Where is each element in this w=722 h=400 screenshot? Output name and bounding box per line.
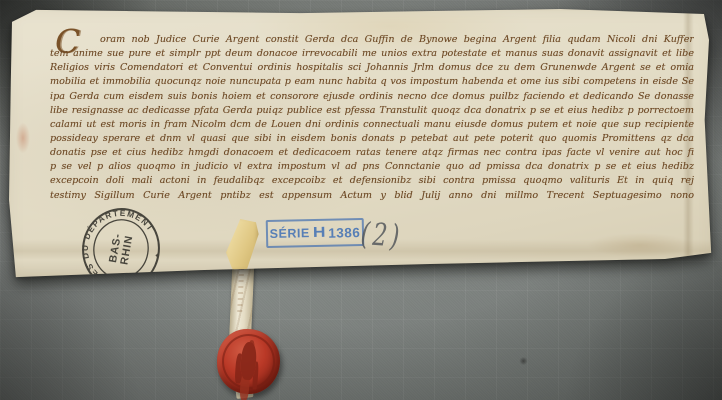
manuscript-text: oram nob Judice Curie Argent constit Ger… [50,33,694,203]
manuscript-line: possideay sperare et dnm vl quasi que si… [50,132,694,146]
seal-tag-top [226,219,260,273]
manuscript-line: donatis pse et cius hedibz hmgdi donacoe… [50,146,694,160]
manuscript-line: mobilia et immobilia quocunqz noie nuncu… [50,75,694,89]
wax-seal [217,329,280,394]
series-stamp-letter: H [313,225,326,241]
manuscript-line: testimy Sigillum Curie Argent pntibz est… [50,189,694,203]
background-speck [519,357,528,365]
archive-oval-stamp: ARCHIVES DU DÉPARTEMENT ✦ BAS- RHIN [71,199,171,299]
manuscript-line: libe resignasse ac dedicasse pfata Gerda… [50,104,694,118]
manuscript-line: p se vel p alios quoqmo in judicio vl ex… [50,160,694,174]
charter-wrap: C oram nob Judice Curie Argent constit G… [0,0,722,292]
manuscript-line: oram nob Judice Curie Argent constit Ger… [50,33,694,47]
manuscript-line: Religios viris Comendatori et Conventui … [50,61,694,75]
parchment-charter: C oram nob Judice Curie Argent constit G… [0,0,722,292]
series-stamp-number: 1386 [328,225,360,241]
pencil-annotation: (2) [358,217,403,276]
manuscript-line: ipa Gerda cum eisdem suis bonis hoiem et… [50,90,694,104]
series-stamp-prefix: SÉRIE [270,226,310,241]
series-stamp: SÉRIE H 1386 [266,218,365,248]
manuscript-line: calami ut est moris in fram Nicolm dcm d… [50,118,694,132]
manuscript-line: tem anime sue pure et simplr ppt deum do… [50,47,694,61]
stamp-ornament-icon: ✦ [154,252,162,258]
manuscript-line: excepcoin doli mali actoni in feudalibqz… [50,174,694,188]
